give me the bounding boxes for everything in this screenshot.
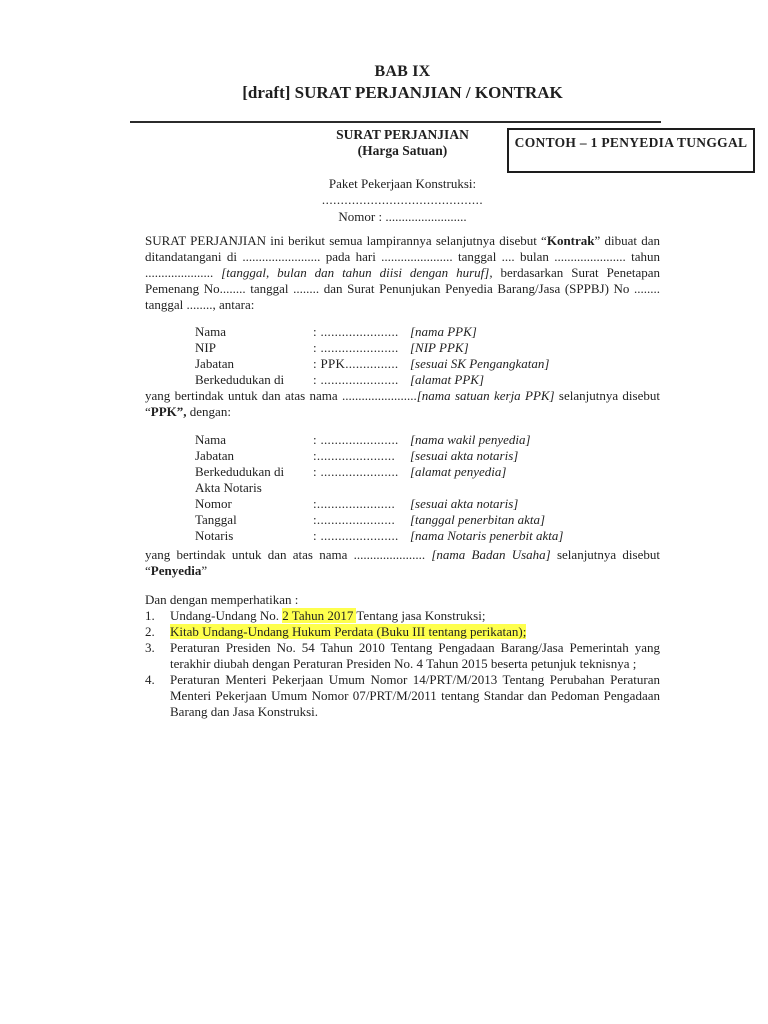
row-value: : ......................: [313, 324, 410, 340]
row-note: [sesuai SK Pengangkatan]: [410, 356, 660, 372]
header-divider-line: [130, 121, 661, 123]
table-row: Tanggal:......................[tanggal p…: [195, 512, 660, 528]
list-item: 3.Peraturan Presiden No. 54 Tahun 2010 T…: [145, 640, 660, 672]
table-row: Notaris: ......................[nama Not…: [195, 528, 660, 544]
paket-label: Paket Pekerjaan Konstruksi:: [145, 176, 660, 192]
list-item: 2.Kitab Undang-Undang Hukum Perdata (Buk…: [145, 624, 660, 640]
contoh-label-box: CONTOH – 1 PENYEDIA TUNGGAL: [507, 128, 755, 173]
row-note: [nama wakil penyedia]: [410, 432, 660, 448]
ppk-identity-table: Nama: ......................[nama PPK]NI…: [195, 324, 660, 388]
list-item-text: Undang-Undang No. 2 Tahun 2017 Tentang j…: [170, 608, 660, 624]
row-value: : ......................: [313, 432, 410, 448]
row-note: [nama PPK]: [410, 324, 660, 340]
row-label: Berkedudukan di: [195, 464, 313, 480]
table-row: NIP: ......................[NIP PPK]: [195, 340, 660, 356]
chapter-title: BAB IX: [145, 63, 660, 81]
considerations-intro: Dan dengan memperhatikan :: [145, 592, 660, 608]
ppk-closing-paragraph: yang bertindak untuk dan atas nama .....…: [145, 388, 660, 420]
row-label: Jabatan: [195, 356, 313, 372]
list-item: 4.Peraturan Menteri Pekerjaan Umum Nomor…: [145, 672, 660, 720]
paket-dotted-line: ........................................…: [145, 192, 660, 208]
row-value: : ......................: [313, 528, 410, 544]
draft-title: [draft] SURAT PERJANJIAN / KONTRAK: [145, 83, 660, 103]
table-row: Nomor:......................[sesuai akta…: [195, 496, 660, 512]
row-label: Nomor: [195, 496, 313, 512]
list-item: 1.Undang-Undang No. 2 Tahun 2017 Tentang…: [145, 608, 660, 624]
row-value: : ......................: [313, 464, 410, 480]
row-label: Berkedudukan di: [195, 372, 313, 388]
list-item-number: 2.: [145, 624, 170, 640]
document-page: BAB IX [draft] SURAT PERJANJIAN / KONTRA…: [0, 0, 768, 1024]
row-label: Jabatan: [195, 448, 313, 464]
row-value: :......................: [313, 496, 410, 512]
row-value: : PPK...............: [313, 356, 410, 372]
row-value: :......................: [313, 512, 410, 528]
row-note: [NIP PPK]: [410, 340, 660, 356]
row-note: [410, 480, 660, 496]
row-value: : ......................: [313, 340, 410, 356]
table-row: Nama: ......................[nama wakil …: [195, 432, 660, 448]
row-note: [alamat penyedia]: [410, 464, 660, 480]
row-note: [sesuai akta notaris]: [410, 496, 660, 512]
row-note: [nama Notaris penerbit akta]: [410, 528, 660, 544]
list-item-text: Kitab Undang-Undang Hukum Perdata (Buku …: [170, 624, 660, 640]
table-row: Nama: ......................[nama PPK]: [195, 324, 660, 340]
row-value: [313, 480, 410, 496]
row-label: NIP: [195, 340, 313, 356]
row-note: [tanggal penerbitan akta]: [410, 512, 660, 528]
list-item-text: Peraturan Presiden No. 54 Tahun 2010 Ten…: [170, 640, 660, 672]
list-item-text: Peraturan Menteri Pekerjaan Umum Nomor 1…: [170, 672, 660, 720]
intro-paragraph: SURAT PERJANJIAN ini berikut semua lampi…: [145, 233, 660, 313]
paket-block: Paket Pekerjaan Konstruksi: ............…: [145, 176, 660, 225]
table-row: Berkedudukan di: ......................[…: [195, 464, 660, 480]
row-label: Nama: [195, 432, 313, 448]
considerations-list: 1.Undang-Undang No. 2 Tahun 2017 Tentang…: [145, 608, 660, 720]
row-label: Akta Notaris: [195, 480, 313, 496]
row-label: Nama: [195, 324, 313, 340]
row-note: [alamat PPK]: [410, 372, 660, 388]
table-row: Jabatan:......................[sesuai ak…: [195, 448, 660, 464]
row-label: Tanggal: [195, 512, 313, 528]
row-value: :......................: [313, 448, 410, 464]
table-row: Jabatan: PPK...............[sesuai SK Pe…: [195, 356, 660, 372]
list-item-number: 3.: [145, 640, 170, 672]
chapter-heading: BAB IX [draft] SURAT PERJANJIAN / KONTRA…: [145, 63, 660, 103]
list-item-number: 1.: [145, 608, 170, 624]
document-body: SURAT PERJANJIAN ini berikut semua lampi…: [145, 233, 660, 720]
penyedia-identity-table: Nama: ......................[nama wakil …: [195, 432, 660, 544]
row-label: Notaris: [195, 528, 313, 544]
row-value: : ......................: [313, 372, 410, 388]
list-item-number: 4.: [145, 672, 170, 720]
penyedia-closing-paragraph: yang bertindak untuk dan atas nama .....…: [145, 547, 660, 579]
table-row: Berkedudukan di: ......................[…: [195, 372, 660, 388]
row-note: [sesuai akta notaris]: [410, 448, 660, 464]
nomor-line: Nomor : .........................: [145, 209, 660, 225]
table-row: Akta Notaris: [195, 480, 660, 496]
